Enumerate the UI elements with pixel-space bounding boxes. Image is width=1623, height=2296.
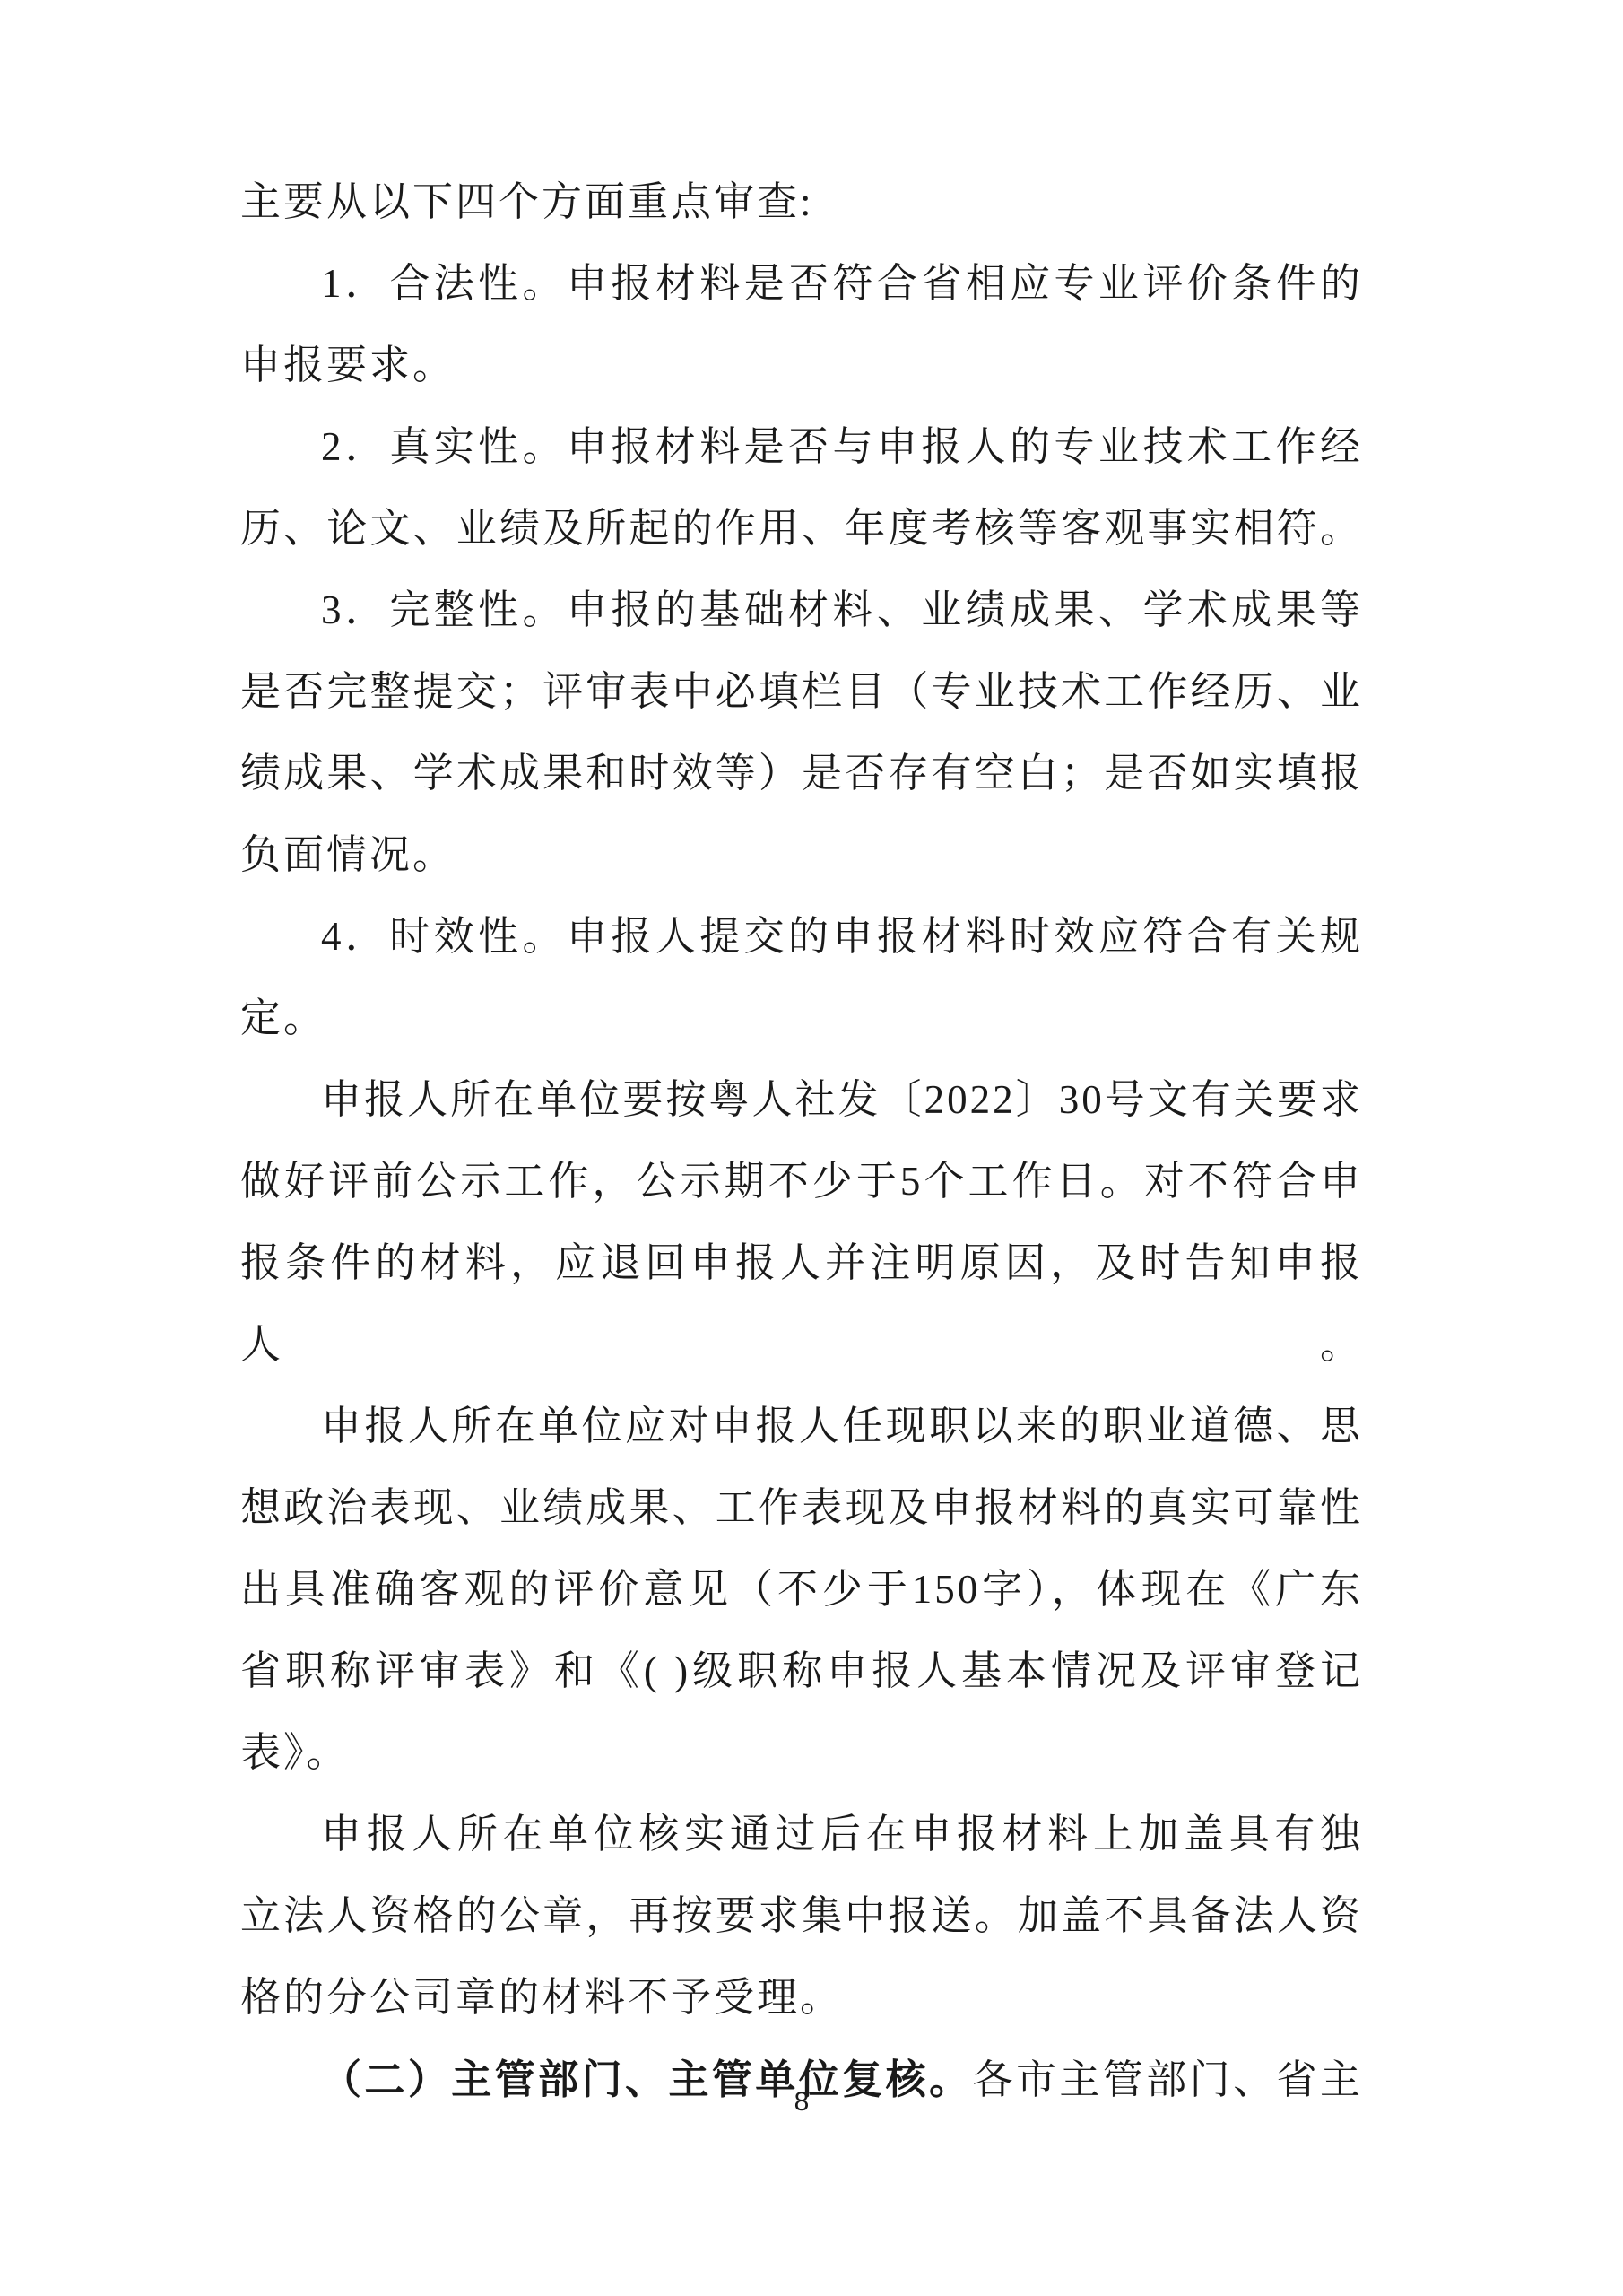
text-line: 格的分公司章的材料不予受理。 (240, 1957, 1363, 2039)
text-line: 2．真实性。申报材料是否与申报人的专业技术工作经 (240, 406, 1363, 488)
text-line: 省职称评审表》和《( )级职称申报人基本情况及评审登记 (240, 1631, 1363, 1712)
text-line: 想政治表现、业绩成果、工作表现及申报材料的真实可靠性 (240, 1467, 1363, 1549)
text-line: 主要从以下四个方面重点审查: (240, 161, 1363, 243)
document-body-text: 主要从以下四个方面重点审查: 1．合法性。申报材料是否符合省相应专业评价条件的 … (240, 161, 1363, 2121)
text-line: 1．合法性。申报材料是否符合省相应专业评价条件的 (240, 243, 1363, 325)
text-line: 负面情况。 (240, 814, 1363, 896)
text-line: 4．时效性。申报人提交的申报材料时效应符合有关规 (240, 896, 1363, 978)
text-line: 立法人资格的公章，再按要求集中报送。加盖不具备法人资 (240, 1875, 1363, 1957)
text-line: 申报人所在单位应对申报人任现职以来的职业道德、思 (240, 1386, 1363, 1467)
text-line: 做好评前公示工作，公示期不少于5个工作日。对不符合申 (240, 1141, 1363, 1222)
text-line: 定。 (240, 978, 1363, 1059)
text-line: 历、论文、业绩及所起的作用、年度考核等客观事实相符。 (240, 488, 1363, 570)
text-line: 出具准确客观的评价意见（不少于150字），体现在《广东 (240, 1549, 1363, 1631)
document-page: 主要从以下四个方面重点审查: 1．合法性。申报材料是否符合省相应专业评价条件的 … (0, 0, 1623, 2296)
text-line: 申报要求。 (240, 325, 1363, 406)
text-line: 3．完整性。申报的基础材料、业绩成果、学术成果等 (240, 570, 1363, 651)
text-line: 绩成果、学术成果和时效等）是否存有空白；是否如实填报 (240, 733, 1363, 814)
text-line: 申报人所在单位核实通过后在申报材料上加盖具有独 (240, 1794, 1363, 1875)
text-line: 是否完整提交；评审表中必填栏目（专业技术工作经历、业 (240, 651, 1363, 733)
text-line: 申报人所在单位要按粤人社发〔2022〕30号文有关要求 (240, 1059, 1363, 1141)
page-number: 8 (240, 2086, 1363, 2118)
text-line: 报条件的材料，应退回申报人并注明原因，及时告知申报人。 (240, 1222, 1363, 1386)
text-line: 表》。 (240, 1712, 1363, 1794)
